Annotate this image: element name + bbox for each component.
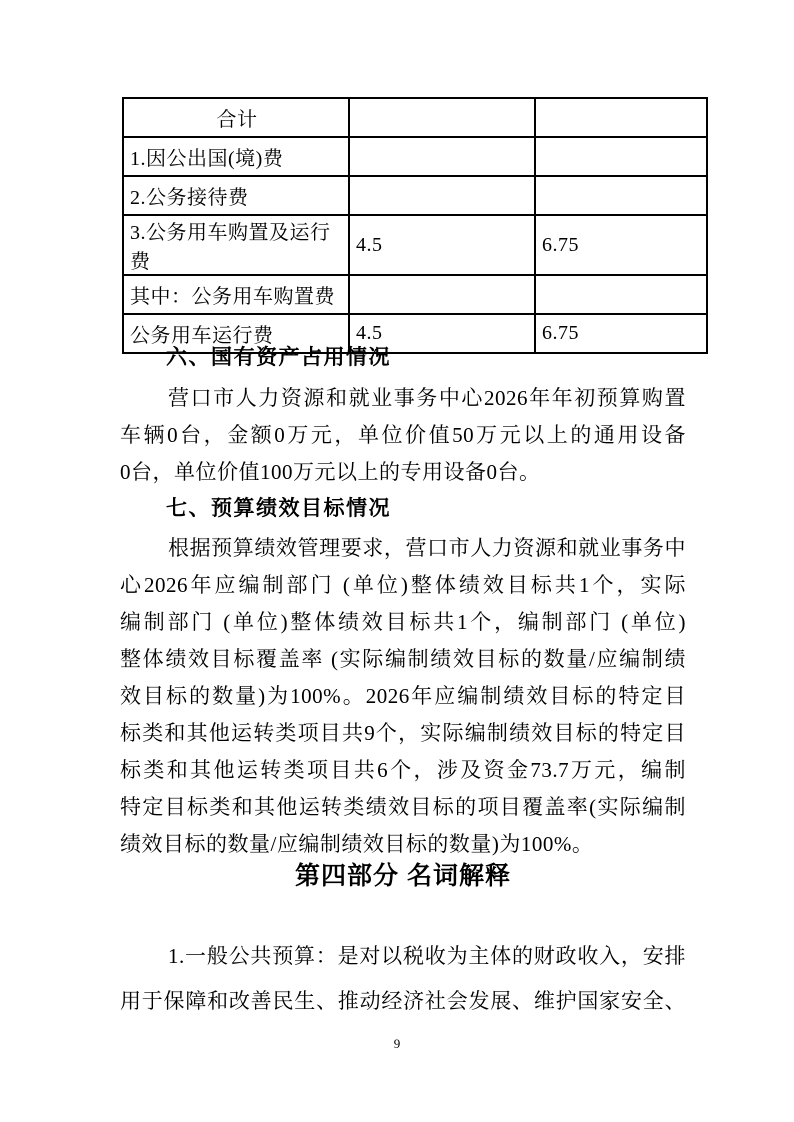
budget-document-page: 合计 1.因公出国(境)费 2.公务接待费 3.公务用车购置及运行费 4.5 6…	[0, 0, 794, 1122]
part4-heading: 第四部分 名词解释	[120, 861, 686, 891]
row-value-cell	[535, 98, 707, 137]
paragraph-performance-targets: 根据预算绩效管理要求，营口市人力资源和就业事务中 心2026年应编制部门 (单位…	[120, 530, 686, 863]
row-value-cell: 4.5	[349, 215, 535, 275]
row-value-cell: 6.75	[535, 215, 707, 275]
paragraph-line: 标类和其他运转类项目共6个，涉及资金73.7万元，编制	[120, 752, 686, 789]
paragraph-line: 编制部门 (单位)整体绩效目标共1个，编制部门 (单位)	[120, 604, 686, 641]
table-row: 3.公务用车购置及运行费 4.5 6.75	[123, 215, 707, 275]
three-public-expense-table: 合计 1.因公出国(境)费 2.公务接待费 3.公务用车购置及运行费 4.5 6…	[122, 97, 708, 354]
row-label-cell: 合计	[123, 98, 349, 137]
table-row: 1.因公出国(境)费	[123, 137, 707, 176]
row-label-cell: 2.公务接待费	[123, 176, 349, 215]
paragraph-line: 0台，单位价值100万元以上的专用设备0台。	[120, 454, 686, 491]
paragraph-line: 标类和其他运转类项目共9个，实际编制绩效目标的特定目	[120, 715, 686, 752]
row-label-cell: 1.因公出国(境)费	[123, 137, 349, 176]
paragraph-line: 营口市人力资源和就业事务中心2026年年初预算购置	[120, 380, 686, 417]
row-value-cell	[349, 98, 535, 137]
paragraph-line: 特定目标类和其他运转类绩效目标的项目覆盖率(实际编制	[120, 789, 686, 826]
paragraph-line: 车辆0台，金额0万元，单位价值50万元以上的通用设备	[120, 417, 686, 454]
paragraph-line: 绩效目标的数量/应编制绩效目标的数量)为100%。	[120, 826, 686, 863]
row-value-cell	[349, 176, 535, 215]
section-heading-performance-targets: 七、预算绩效目标情况	[120, 495, 686, 523]
table-row: 2.公务接待费	[123, 176, 707, 215]
row-value-cell	[535, 275, 707, 314]
row-label-cell: 3.公务用车购置及运行费	[123, 215, 349, 275]
paragraph-line: 根据预算绩效管理要求，营口市人力资源和就业事务中	[120, 530, 686, 567]
row-value-cell	[535, 137, 707, 176]
section-heading-state-assets: 六、国有资产占用情况	[120, 344, 686, 372]
row-value-cell	[535, 176, 707, 215]
paragraph-state-assets: 营口市人力资源和就业事务中心2026年年初预算购置 车辆0台，金额0万元，单位价…	[120, 380, 686, 491]
paragraph-line: 用于保障和改善民生、推动经济社会发展、维护国家安全、	[120, 979, 686, 1024]
row-label-cell: 其中：公务用车购置费	[123, 275, 349, 314]
row-value-cell	[349, 275, 535, 314]
paragraph-line: 1.一般公共预算：是对以税收为主体的财政收入，安排	[120, 934, 686, 979]
paragraph-line: 心2026年应编制部门 (单位)整体绩效目标共1个，实际	[120, 567, 686, 604]
table-row: 其中：公务用车购置费	[123, 275, 707, 314]
page-number: 9	[0, 1036, 794, 1052]
paragraph-line: 整体绩效目标覆盖率 (实际编制绩效目标的数量/应编制绩	[120, 641, 686, 678]
row-value-cell	[349, 137, 535, 176]
paragraph-line: 效目标的数量)为100%。2026年应编制绩效目标的特定目	[120, 678, 686, 715]
table-row: 合计	[123, 98, 707, 137]
paragraph-glossary-definition: 1.一般公共预算：是对以税收为主体的财政收入，安排 用于保障和改善民生、推动经济…	[120, 934, 686, 1024]
